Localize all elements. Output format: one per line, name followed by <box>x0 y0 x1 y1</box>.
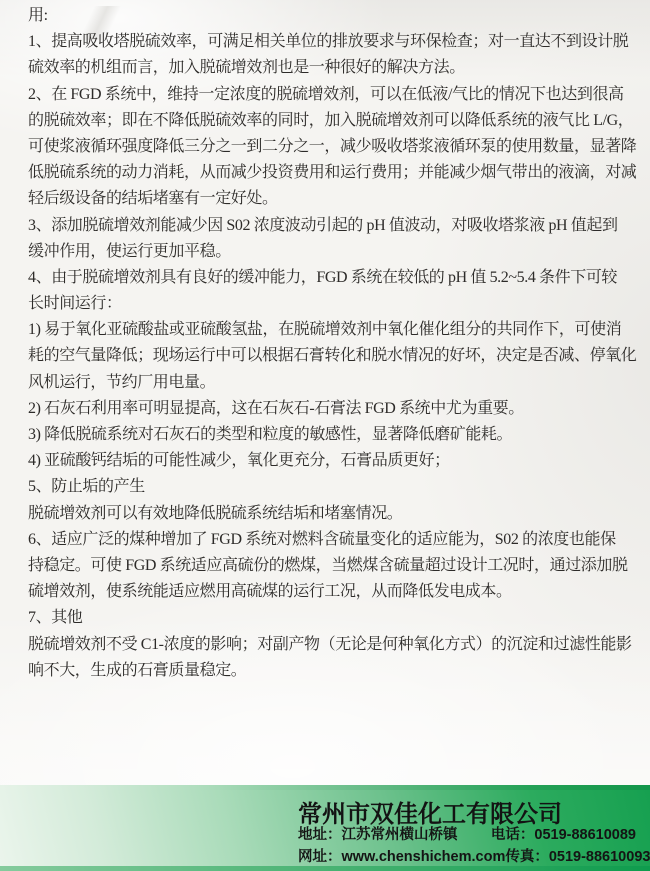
text-line: 硫增效剂，使系统能适应燃用高硫煤的运行工况，从而降低发电成本。 <box>28 579 626 605</box>
address-line: 地址：江苏常州横山桥镇 <box>298 824 458 846</box>
text-line: 轻后级设备的结垢堵塞有一定好处。 <box>28 186 626 212</box>
text-line: 5、防止垢的产生 <box>28 474 626 500</box>
text-line: 3) 降低脱硫系统对石灰石的类型和粒度的敏感性，显著降低磨矿能耗。 <box>28 422 626 448</box>
text-line: 风机运行，节约厂用电量。 <box>28 370 626 396</box>
text-line: 硫效率的机组而言，加入脱硫增效剂也是一种很好的解决方法。 <box>28 55 626 81</box>
text-line: 6、适应广泛的煤种增加了 FGD 系统对燃料含硫量变化的适应能为，S02 的浓度… <box>28 527 626 553</box>
text-line: 脱硫增效剂可以有效地降低脱硫系统结垢和堵塞情况。 <box>28 501 626 527</box>
text-line: 低脱硫系统的动力消耗，从而减少投资费用和运行费用；并能减少烟气带出的液滴，对减 <box>28 160 626 186</box>
text-line: 用: <box>28 3 626 29</box>
contact-block: 地址：江苏常州横山桥镇 电话：0519-88610089 网址：www.chen… <box>298 824 636 868</box>
text-line: 响不大，生成的石膏质量稳定。 <box>28 658 626 684</box>
text-line: 持稳定。可使 FGD 系统适应高硫份的燃煤，当燃煤含硫量超过设计工况时，通过添加… <box>28 553 626 579</box>
bottom-green-strip <box>0 866 650 871</box>
text-line: 的脱硫效率；即在不降低脱硫效率的同时，加入脱硫增效剂可以降低系统的液气比 L/G… <box>28 108 626 134</box>
text-line: 2) 石灰石利用率可明显提高，这在石灰石-石膏法 FGD 系统中尤为重要。 <box>28 396 626 422</box>
contact-row: 地址：江苏常州横山桥镇 电话：0519-88610089 <box>298 824 636 846</box>
text-line: 4) 亚硫酸钙结垢的可能性减少，氧化更充分，石膏品质更好； <box>28 448 626 474</box>
text-line: 耗的空气量降低；现场运行中可以根据石膏转化和脱水情况的好坏，决定是否减、停氧化 <box>28 343 626 369</box>
body-text: 用: 1、提高吸收塔脱硫效率，可满足相关单位的排放要求与环保检查；对一直达不到设… <box>28 3 626 684</box>
text-line: 缓冲作用，使运行更加平稳。 <box>28 239 626 265</box>
phone-line: 电话：0519-88610089 <box>491 824 636 846</box>
text-line: 2、在 FGD 系统中，维持一定浓度的脱硫增效剂，可以在低液/气比的情况下也达到… <box>28 82 626 108</box>
text-line: 4、由于脱硫增效剂具有良好的缓冲能力，FGD 系统在较低的 pH 值 5.2~5… <box>28 265 626 291</box>
text-line: 可使浆液循环强度降低三分之一到二分之一，减少吸收塔浆液循环泵的使用数量，显著降 <box>28 134 626 160</box>
text-line: 1) 易于氧化亚硫酸盐或亚硫酸氢盐，在脱硫增效剂中氧化催化组分的共同作下，可使消 <box>28 317 626 343</box>
text-line: 长时间运行： <box>28 291 626 317</box>
footer-band: 常州市双佳化工有限公司 地址：江苏常州横山桥镇 电话：0519-88610089… <box>0 785 650 871</box>
fax-line: 传真：0519-88610093 <box>505 846 650 868</box>
website-line: 网址：www.chenshichem.com <box>298 846 505 868</box>
text-line: 3、添加脱硫增效剂能减少因 S02 浓度波动引起的 pH 值波动，对吸收塔浆液 … <box>28 213 626 239</box>
scanned-document-page: 用: 1、提高吸收塔脱硫效率，可满足相关单位的排放要求与环保检查；对一直达不到设… <box>0 0 650 871</box>
contact-row: 网址：www.chenshichem.com 传真：0519-88610093 <box>298 846 636 868</box>
text-line: 1、提高吸收塔脱硫效率，可满足相关单位的排放要求与环保检查；对一直达不到设计脱 <box>28 29 626 55</box>
text-line: 7、其他 <box>28 605 626 631</box>
text-line: 脱硫增效剂不受 C1-浓度的影响；对副产物（无论是何种氧化方式）的沉淀和过滤性能… <box>28 632 626 658</box>
